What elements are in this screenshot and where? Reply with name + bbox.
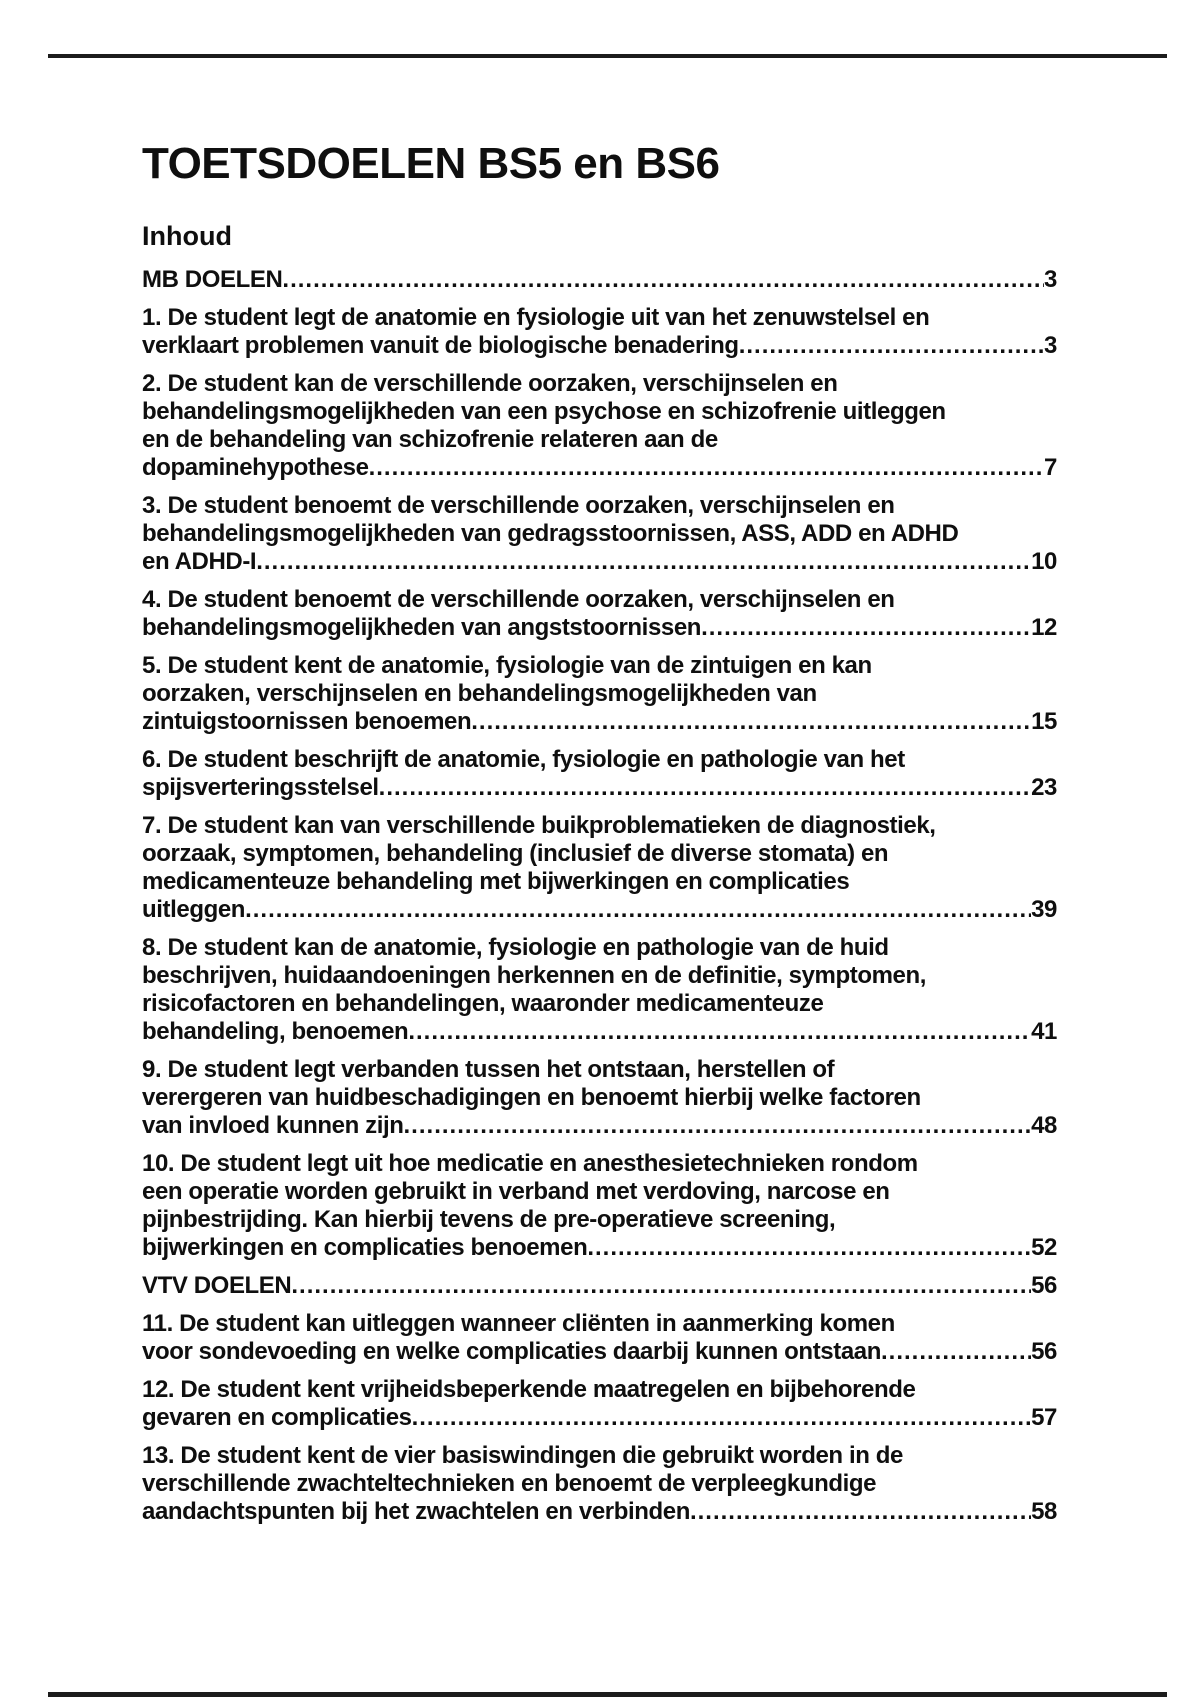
toc-entry-last-line: behandelingsmogelijkheden van angststoor… [142,614,1057,642]
toc-entry-line: 5. De student kent de anatomie, fysiolog… [142,652,1057,680]
toc-page-number: 15 [1031,708,1057,736]
toc-entry-last-line: MB DOELEN...............................… [142,266,1057,294]
dot-leader: ........................................… [701,614,1031,642]
toc-entry-last-line: VTV DOELEN..............................… [142,1272,1057,1300]
toc-entry: 13. De student kent de vier basiswinding… [142,1442,1057,1526]
toc-page-number: 3 [1044,266,1057,294]
toc-page-number: 48 [1031,1112,1057,1140]
toc-entry-line: 6. De student beschrijft de anatomie, fy… [142,746,1057,774]
dot-leader: ........................................… [291,1272,1031,1300]
toc-entry-line: 10. De student legt uit hoe medicatie en… [142,1150,1057,1178]
toc-entry-line: verergeren van huidbeschadigingen en ben… [142,1084,1057,1112]
toc-entry: VTV DOELEN..............................… [142,1272,1057,1300]
toc-entry: 10. De student legt uit hoe medicatie en… [142,1150,1057,1262]
toc-entry-line: MB DOELEN [142,266,282,294]
dot-leader: ........................................… [379,774,1031,802]
page-content: TOETSDOELEN BS5 en BS6 Inhoud MB DOELEN.… [142,138,1057,1536]
toc-entry-line: medicamenteuze behandeling met bijwerkin… [142,868,1057,896]
toc-page-number: 39 [1031,896,1057,924]
toc-entry-last-line: gevaren en complicaties.................… [142,1404,1057,1432]
toc-entry-line: dopaminehypothese [142,454,369,482]
toc-entry-last-line: voor sondevoeding en welke complicaties … [142,1338,1057,1366]
toc-entry: 3. De student benoemt de verschillende o… [142,492,1057,576]
bottom-horizontal-rule [48,1692,1167,1697]
toc-entry-line: oorzaak, symptomen, behandeling (inclusi… [142,840,1057,868]
toc-entry: 2. De student kan de verschillende oorza… [142,370,1057,482]
toc-page-number: 52 [1031,1234,1057,1262]
toc-page-number: 3 [1044,332,1057,360]
dot-leader: ........................................… [739,332,1044,360]
toc-page-number: 56 [1031,1338,1057,1366]
dot-leader: ........................................… [408,1018,1031,1046]
toc-entry-line: 11. De student kan uitleggen wanneer cli… [142,1310,1057,1338]
toc-entry-line: een operatie worden gebruikt in verband … [142,1178,1057,1206]
toc-page-number: 41 [1031,1018,1057,1046]
toc-entry: 4. De student benoemt de verschillende o… [142,586,1057,642]
top-horizontal-rule [48,54,1167,58]
toc-entry-last-line: aandachtspunten bij het zwachtelen en ve… [142,1498,1057,1526]
toc-entry-line: spijsverteringsstelsel [142,774,379,802]
dot-leader: ........................................… [881,1338,1031,1366]
toc-entry-line: risicofactoren en behandelingen, waarond… [142,990,1057,1018]
toc-page-number: 7 [1044,454,1057,482]
toc-entry-last-line: van invloed kunnen zijn.................… [142,1112,1057,1140]
toc-entry-line: en ADHD-I [142,548,256,576]
toc-entry-line: behandelingsmogelijkheden van een psycho… [142,398,1057,426]
toc-entry-last-line: zintuigstoornissen benoemen.............… [142,708,1057,736]
toc-entry-line: 1. De student legt de anatomie en fysiol… [142,304,1057,332]
toc-entry-line: behandeling, benoemen [142,1018,408,1046]
dot-leader: ........................................… [587,1234,1031,1262]
toc-entry-line: aandachtspunten bij het zwachtelen en ve… [142,1498,690,1526]
toc-entry-last-line: verklaart problemen vanuit de biologisch… [142,332,1057,360]
dot-leader: ........................................… [282,266,1044,294]
dot-leader: ........................................… [690,1498,1031,1526]
toc-entry-line: 8. De student kan de anatomie, fysiologi… [142,934,1057,962]
toc-page-number: 12 [1031,614,1057,642]
toc-entry: 8. De student kan de anatomie, fysiologi… [142,934,1057,1046]
toc-entry-line: 2. De student kan de verschillende oorza… [142,370,1057,398]
toc-entry: MB DOELEN...............................… [142,266,1057,294]
toc-entry-line: gevaren en complicaties [142,1404,412,1432]
toc-entry-line: VTV DOELEN [142,1272,291,1300]
toc-entry-line: 9. De student legt verbanden tussen het … [142,1056,1057,1084]
toc-entry-line: zintuigstoornissen benoemen [142,708,471,736]
toc-entry-line: voor sondevoeding en welke complicaties … [142,1338,881,1366]
toc-page-number: 57 [1031,1404,1057,1432]
dot-leader: ........................................… [404,1112,1032,1140]
dot-leader: ........................................… [245,896,1031,924]
toc-entry-line: van invloed kunnen zijn [142,1112,404,1140]
toc-entry-line: beschrijven, huidaandoeningen herkennen … [142,962,1057,990]
dot-leader: ........................................… [471,708,1031,736]
document-title: TOETSDOELEN BS5 en BS6 [142,138,1057,190]
toc-entry-line: 12. De student kent vrijheidsbeperkende … [142,1376,1057,1404]
toc-page-number: 56 [1031,1272,1057,1300]
dot-leader: ........................................… [256,548,1031,576]
toc-entry-line: bijwerkingen en complicaties benoemen [142,1234,587,1262]
toc-entry-line: oorzaken, verschijnselen en behandelings… [142,680,1057,708]
toc-page-number: 23 [1031,774,1057,802]
toc-entry-line: verklaart problemen vanuit de biologisch… [142,332,739,360]
toc-entry-line: behandelingsmogelijkheden van gedragssto… [142,520,1057,548]
toc-entry-line: 3. De student benoemt de verschillende o… [142,492,1057,520]
toc-entry: 6. De student beschrijft de anatomie, fy… [142,746,1057,802]
toc-entry-line: verschillende zwachteltechnieken en beno… [142,1470,1057,1498]
document-page: TOETSDOELEN BS5 en BS6 Inhoud MB DOELEN.… [0,0,1200,1700]
toc-entry: 9. De student legt verbanden tussen het … [142,1056,1057,1140]
table-of-contents: MB DOELEN...............................… [142,266,1057,1526]
toc-entry: 11. De student kan uitleggen wanneer cli… [142,1310,1057,1366]
toc-entry-line: behandelingsmogelijkheden van angststoor… [142,614,701,642]
dot-leader: ........................................… [369,454,1044,482]
toc-entry-line: uitleggen [142,896,245,924]
toc-entry-line: pijnbestrijding. Kan hierbij tevens de p… [142,1206,1057,1234]
toc-entry-last-line: uitleggen...............................… [142,896,1057,924]
toc-entry-line: 7. De student kan van verschillende buik… [142,812,1057,840]
toc-entry: 12. De student kent vrijheidsbeperkende … [142,1376,1057,1432]
toc-entry-last-line: en ADHD-I...............................… [142,548,1057,576]
toc-page-number: 10 [1031,548,1057,576]
toc-entry-line: 13. De student kent de vier basiswinding… [142,1442,1057,1470]
toc-heading: Inhoud [142,220,1057,252]
toc-entry-line: 4. De student benoemt de verschillende o… [142,586,1057,614]
toc-entry: 7. De student kan van verschillende buik… [142,812,1057,924]
toc-entry-last-line: dopaminehypothese.......................… [142,454,1057,482]
toc-page-number: 58 [1031,1498,1057,1526]
toc-entry-last-line: behandeling, benoemen...................… [142,1018,1057,1046]
toc-entry-last-line: spijsverteringsstelsel..................… [142,774,1057,802]
dot-leader: ........................................… [412,1404,1032,1432]
toc-entry: 1. De student legt de anatomie en fysiol… [142,304,1057,360]
toc-entry-line: en de behandeling van schizofrenie relat… [142,426,1057,454]
toc-entry: 5. De student kent de anatomie, fysiolog… [142,652,1057,736]
toc-entry-last-line: bijwerkingen en complicaties benoemen...… [142,1234,1057,1262]
